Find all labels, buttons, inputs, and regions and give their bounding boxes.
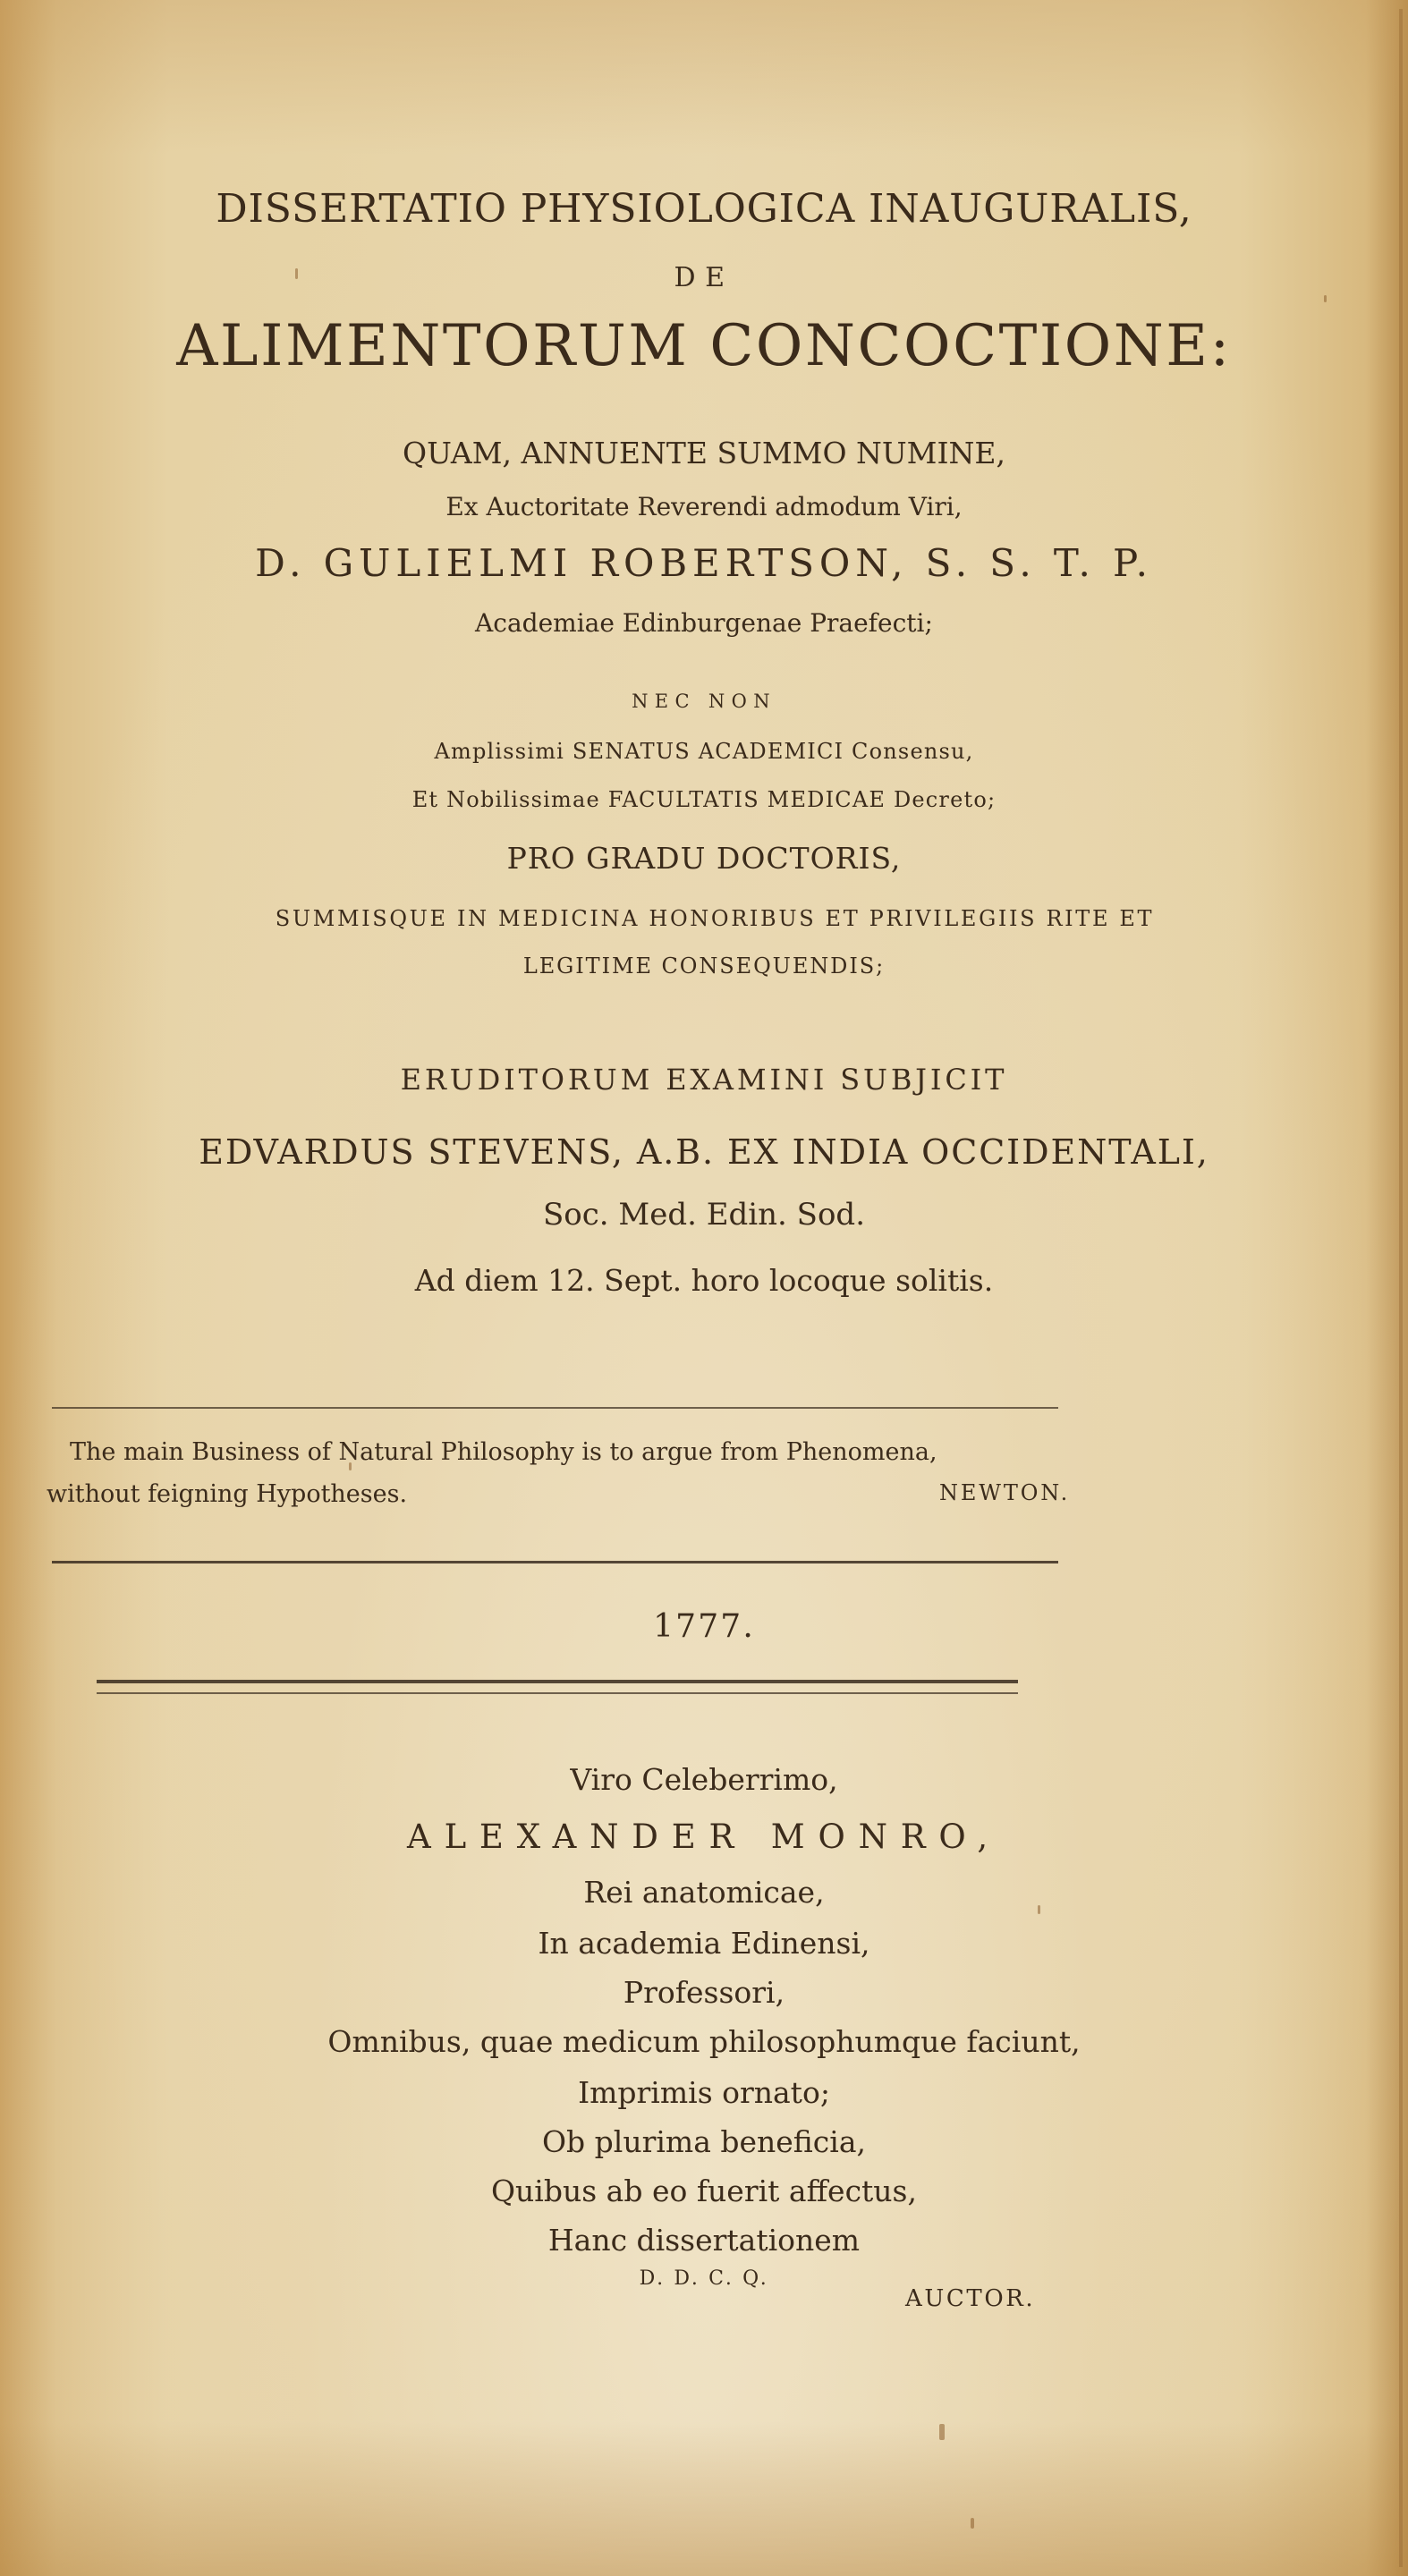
document-page: DISSERTATIO PHYSIOLOGICA INAUGURALIS, DE… — [0, 0, 1408, 2576]
dedication-line: Imprimis ornato; — [0, 2075, 1408, 2110]
paper-speck — [939, 2424, 945, 2440]
date-line: Ad diem 12. Sept. horo locoque solitis. — [0, 1263, 1408, 1298]
subject-title: ALIMENTORUM CONCOCTIONE: — [0, 313, 1408, 379]
paper-speck — [1324, 295, 1327, 302]
robertson-name: D. GULIELMI ROBERTSON, S. S. T. P. — [0, 541, 1408, 585]
epigraph-line-2: without feigning Hypotheses. — [47, 1480, 407, 1508]
senatus-line: Amplissimi SENATUS ACADEMICI Consensu, — [0, 739, 1408, 764]
dedication-line: In academia Edinensi, — [0, 1926, 1408, 1961]
dedication-signature: AUCTOR. — [905, 2285, 1035, 2312]
dissertation-heading: DISSERTATIO PHYSIOLOGICA INAUGURALIS, — [0, 186, 1408, 232]
society-line: Soc. Med. Edin. Sod. — [0, 1197, 1408, 1233]
dedicatee-name: ALEXANDER MONRO, — [0, 1818, 1408, 1856]
quam-line: QUAM, ANNUENTE SUMMO NUMINE, — [0, 436, 1408, 470]
epigraph-bottom-rule — [52, 1561, 1058, 1563]
dedication-line: Rei anatomicae, — [0, 1875, 1408, 1910]
publication-year: 1777. — [0, 1608, 1408, 1645]
dedication-line: Ob plurima beneficia, — [0, 2124, 1408, 2159]
dedication-line: Omnibus, quae medicum philosophumque fac… — [0, 2024, 1408, 2059]
author-name: EDVARDUS STEVENS, A.B. EX INDIA OCCIDENT… — [0, 1132, 1408, 1172]
dedication-abbreviation: D. D. C. Q. — [0, 2267, 1408, 2290]
legitime-line: LEGITIME CONSEQUENDIS; — [0, 953, 1408, 979]
dedication-line: Viro Celeberrimo, — [0, 1762, 1408, 1797]
dedication-line: Hanc dissertationem — [0, 2223, 1408, 2258]
facultatis-line: Et Nobilissimae FACULTATIS MEDICAE Decre… — [0, 787, 1408, 812]
year-double-rule — [97, 1680, 1018, 1694]
dedication-line: Quibus ab eo fuerit affectus, — [0, 2173, 1408, 2208]
epigraph-line-1: The main Business of Natural Philosophy … — [70, 1438, 937, 1466]
auctoritate-line: Ex Auctoritate Reverendi admodum Viri, — [0, 492, 1408, 521]
de-line: DE — [0, 262, 1408, 293]
dedication-line: Professori, — [0, 1975, 1408, 2010]
nec-non-line: NEC NON — [0, 691, 1408, 712]
epigraph-attribution: NEWTON. — [939, 1480, 1070, 1505]
academiae-line: Academiae Edinburgenae Praefecti; — [0, 608, 1408, 638]
eruditorum-line: ERUDITORUM EXAMINI SUBJICIT — [0, 1063, 1408, 1097]
summisque-line: SUMMISQUE IN MEDICINA HONORIBUS ET PRIVI… — [0, 906, 1408, 931]
pro-gradu-line: PRO GRADU DOCTORIS, — [0, 841, 1408, 876]
paper-speck — [971, 2518, 974, 2529]
epigraph-top-rule — [52, 1407, 1058, 1409]
